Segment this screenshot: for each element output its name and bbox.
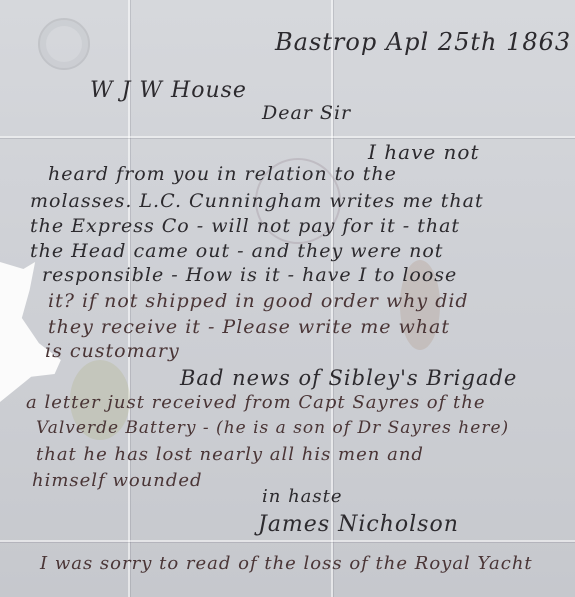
body-line: I have not <box>368 140 480 164</box>
fold-line-horizontal <box>0 540 575 542</box>
body-line: is customary <box>45 340 180 362</box>
body-line: the Head came out - and they were not <box>30 240 443 262</box>
body-line: a letter just received from Capt Sayres … <box>26 392 486 413</box>
body-line: Valverde Battery - (he is a son of Dr Sa… <box>36 418 509 438</box>
place-date: Bastrop Apl 25th 1863 <box>275 28 571 56</box>
body-line: Bad news of Sibley's Brigade <box>180 366 517 390</box>
closing: in haste <box>262 486 343 507</box>
body-line: himself wounded <box>32 470 203 491</box>
body-line: heard from you in relation to the <box>48 163 397 185</box>
body-line: the Express Co - will not pay for it - t… <box>30 215 460 237</box>
letter-page: Bastrop Apl 25th 1863 W J W House Dear S… <box>0 0 575 597</box>
signature: James Nicholson <box>258 512 459 537</box>
body-line: that he has lost nearly all his men and <box>36 444 424 465</box>
recipient: W J W House <box>90 78 247 103</box>
body-line: molasses. L.C. Cunningham writes me that <box>30 190 484 212</box>
body-line: they receive it - Please write me what <box>48 316 450 338</box>
postscript: I was sorry to read of the loss of the R… <box>40 553 533 574</box>
body-line: it? if not shipped in good order why did <box>48 290 469 312</box>
salutation: Dear Sir <box>262 102 351 124</box>
embossed-seal-icon <box>38 18 90 70</box>
body-line: responsible - How is it - have I to loos… <box>42 264 457 286</box>
fold-line-horizontal <box>0 136 575 138</box>
